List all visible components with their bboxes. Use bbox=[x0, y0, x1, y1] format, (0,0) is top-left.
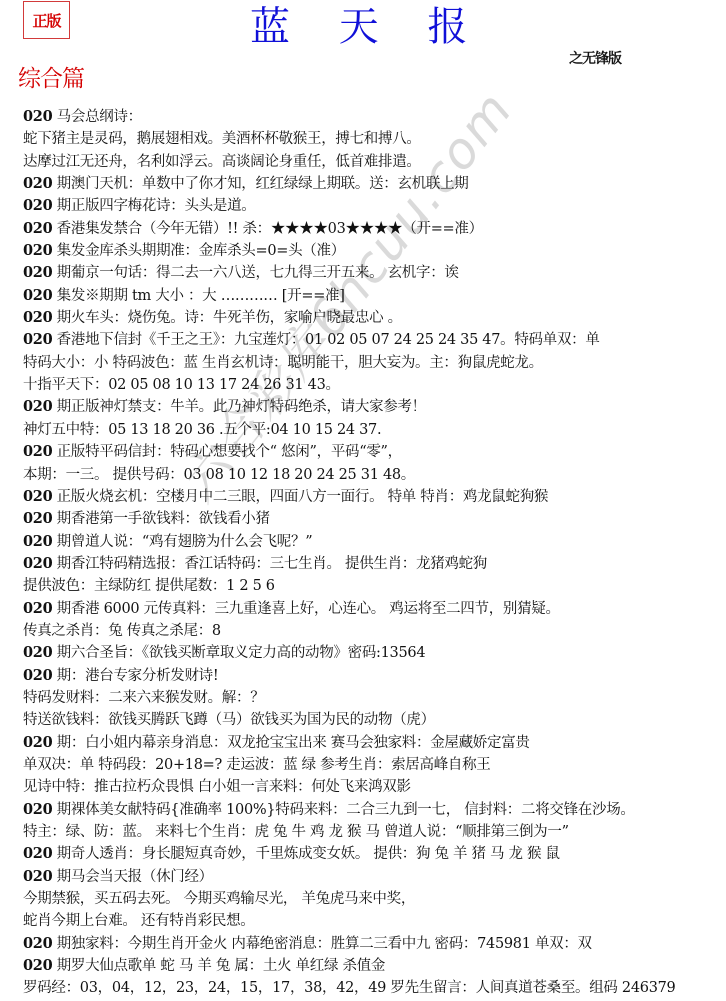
text-line: 020 期曾道人说：“鸡有翅膀为什么会飞呢？” bbox=[23, 531, 723, 553]
issue-number: 020 bbox=[23, 309, 52, 326]
line-text: 今期禁猴，买五码去死。 今期买鸡输尽光， 羊兔虎马来中奖， bbox=[23, 891, 415, 907]
issue-number: 020 bbox=[23, 555, 52, 572]
issue-number: 020 bbox=[23, 398, 52, 415]
text-line: 传真之杀肖：兔 传真之杀尾：8 bbox=[23, 620, 723, 642]
line-text: 特送欲钱料：欲钱买腾跃飞蹲（马）欲钱买为国为民的动物（虎） bbox=[23, 712, 435, 728]
text-line: 特码发财料：二来六来猴发财。解：？ bbox=[23, 687, 723, 709]
text-line: 020 期马会当天报（休门经） bbox=[23, 866, 723, 888]
issue-number: 020 bbox=[23, 108, 52, 125]
issue-number: 020 bbox=[23, 175, 52, 192]
line-text: 集发金库杀头期期准：金库杀头=0=头（准） bbox=[52, 243, 345, 259]
line-text: 达摩过江无还舟，名利如浮云。高谈阔论身重任，低首难排遣。 bbox=[23, 154, 421, 170]
text-line: 蛇肖今期上台难。 还有特肖彩民想。 bbox=[23, 910, 723, 932]
text-line: 020 期奇人透肖：身长腿短真奇妙，千里炼成变女妖。 提供：狗 兔 羊 猪 马 … bbox=[23, 843, 723, 865]
issue-number: 020 bbox=[23, 287, 52, 304]
line-text: 期裸体美女献特码{准确率 100%}特码来料：二合三九到一七， 信封料：二将交锋… bbox=[52, 802, 634, 818]
text-line: 特送欲钱料：欲钱买腾跃飞蹲（马）欲钱买为国为民的动物（虎） bbox=[23, 709, 723, 731]
text-line: 蛇下猪主是灵码，鹅展翅相戏。美酒杯杯敬猴王，搏七和搏八。 bbox=[23, 128, 723, 150]
line-text: 期奇人透肖：身长腿短真奇妙，千里炼成变女妖。 提供：狗 兔 羊 猪 马 龙 猴 … bbox=[52, 846, 559, 862]
text-line: 罗码经：03，04，12，23，24，15，17，38，42，49 罗先生留言：… bbox=[23, 977, 723, 999]
line-text: 蛇肖今期上台难。 还有特肖彩民想。 bbox=[23, 913, 255, 929]
text-line: 见诗中特：推古拉朽众畏惧 白小姐一言来料：何处飞来鸿双影 bbox=[23, 776, 723, 798]
line-text: 十指平天下：02 05 08 10 13 17 24 26 31 43。 bbox=[23, 377, 340, 393]
section-heading: 综合篇 bbox=[18, 60, 84, 93]
line-text: 期香江特码精选报：香江话特码：三七生肖。 提供生肖：龙猪鸡蛇狗 bbox=[52, 556, 487, 572]
issue-number: 020 bbox=[23, 868, 52, 885]
issue-number: 020 bbox=[23, 220, 52, 237]
line-text: 期曾道人说：“鸡有翅膀为什么会飞呢？” bbox=[52, 534, 312, 550]
line-text: 期罗大仙点歌单 蛇 马 羊 兔 属：土火 单红绿 杀值金 bbox=[52, 958, 385, 974]
text-line: 020 集发金库杀头期期准：金库杀头=0=头（准） bbox=[23, 240, 723, 262]
edition-label: 之无锋版 bbox=[569, 48, 621, 68]
line-text: 期葡京一句话：得二去一六八送，七九得三开五来。 玄机字：诶 bbox=[52, 265, 458, 281]
text-line: 020 期正版四字梅花诗：头头是道。 bbox=[23, 195, 723, 217]
text-line: 020 期罗大仙点歌单 蛇 马 羊 兔 属：土火 单红绿 杀值金 bbox=[23, 955, 723, 977]
issue-number: 020 bbox=[23, 197, 52, 214]
text-line: 020 期香港 6000 元传真料：三九重逢喜上好，心连心。 鸡运将至二四节，别… bbox=[23, 598, 723, 620]
line-text: 期澳门天机：单数中了你才知，红红绿绿上期联。送：玄机联上期 bbox=[52, 176, 468, 192]
line-text: 集发※期期 tm 大小 ：大 ………… [开==准] bbox=[52, 288, 344, 304]
line-text: 期香港第一手欲钱料：欲钱看小猪 bbox=[52, 511, 269, 527]
issue-number: 020 bbox=[23, 443, 52, 460]
issue-number: 020 bbox=[23, 801, 52, 818]
authentic-badge: 正版 bbox=[23, 1, 70, 39]
issue-number: 020 bbox=[23, 845, 52, 862]
text-line: 020 期澳门天机：单数中了你才知，红红绿绿上期联。送：玄机联上期 bbox=[23, 173, 723, 195]
line-text: 香港地下信封《千王之王》：九宝莲灯：01 02 05 07 24 25 24 3… bbox=[52, 332, 599, 348]
text-line: 020 期香江特码精选报：香江话特码：三七生肖。 提供生肖：龙猪鸡蛇狗 bbox=[23, 553, 723, 575]
line-text: 提供波色：主绿防红 提供尾数：1 2 5 6 bbox=[23, 578, 275, 594]
line-text: 特码发财料：二来六来猴发财。解：？ bbox=[23, 690, 264, 706]
text-line: 020 集发※期期 tm 大小 ：大 ………… [开==准] bbox=[23, 285, 723, 307]
line-text: 单双决：单 特码段：20+18=? 走运波：蓝 绿 参考生肖：索居高峰自称王 bbox=[23, 757, 491, 773]
line-text: 期独家料：今期生肖开金火 内幕绝密消息：胜算二三看中九 密码：745981 单双… bbox=[52, 936, 591, 952]
text-line: 特码大小：小 特码波色：蓝 生肖玄机诗：聪明能干，胆大妄为。主：狗鼠虎蛇龙。 bbox=[23, 352, 723, 374]
line-text: 本期：一三。 提供号码：03 08 10 12 18 20 24 25 31 4… bbox=[23, 467, 415, 483]
line-text: 期火车头：烧伤兔。诗：牛死羊伤，家喻户晓最忠心 。 bbox=[52, 310, 401, 326]
text-line: 今期禁猴，买五码去死。 今期买鸡输尽光， 羊兔虎马来中奖， bbox=[23, 888, 723, 910]
line-text: 罗码经：03，04，12，23，24，15，17，38，42，49 罗先生留言：… bbox=[23, 980, 675, 996]
line-text: 正版火烧玄机：空楼月中二三眼，四面八方一面行。 特单 特肖：鸡龙鼠蛇狗猴 bbox=[52, 489, 548, 505]
line-text: 正版特平码信封：特码心想要找个“ 悠闲”，平码“零”， bbox=[52, 444, 401, 460]
newspaper-title: 蓝 天 报 bbox=[250, 2, 470, 52]
text-line: 020 香港集发禁合（今年无错）!! 杀：★★★★03★★★★（开==准） bbox=[23, 218, 723, 240]
text-line: 020 正版特平码信封：特码心想要找个“ 悠闲”，平码“零”， bbox=[23, 441, 723, 463]
text-line: 020 期正版神灯禁支：牛羊。此乃神灯特码绝杀，请大家参考！ bbox=[23, 396, 723, 418]
line-text: 期：港台专家分析发财诗! bbox=[52, 668, 218, 684]
issue-number: 020 bbox=[23, 510, 52, 527]
text-line: 达摩过江无还舟，名利如浮云。高谈阔论身重任，低首难排遣。 bbox=[23, 151, 723, 173]
line-text: 神灯五中特：05 13 18 20 36 .五个平:04 10 15 24 37… bbox=[23, 422, 381, 438]
text-line: 020 期：白小姐内幕亲身消息：双龙抢宝宝出来 赛马会独家料：金屋藏娇定富贵 bbox=[23, 732, 723, 754]
text-line: 020 期火车头：烧伤兔。诗：牛死羊伤，家喻户晓最忠心 。 bbox=[23, 307, 723, 329]
text-line: 020 正版火烧玄机：空楼月中二三眼，四面八方一面行。 特单 特肖：鸡龙鼠蛇狗猴 bbox=[23, 486, 723, 508]
issue-number: 020 bbox=[23, 734, 52, 751]
issue-number: 020 bbox=[23, 533, 52, 550]
line-text: 香港集发禁合（今年无错）!! 杀：★★★★03★★★★（开==准） bbox=[52, 221, 482, 237]
issue-number: 020 bbox=[23, 488, 52, 505]
line-text: 期正版四字梅花诗：头头是道。 bbox=[52, 198, 255, 214]
text-line: 神灯五中特：05 13 18 20 36 .五个平:04 10 15 24 37… bbox=[23, 419, 723, 441]
line-text: 期：白小姐内幕亲身消息：双龙抢宝宝出来 赛马会独家料：金屋藏娇定富贵 bbox=[52, 735, 529, 751]
text-line: 十指平天下：02 05 08 10 13 17 24 26 31 43。 bbox=[23, 374, 723, 396]
line-text: 特码大小：小 特码波色：蓝 生肖玄机诗：聪明能干，胆大妄为。主：狗鼠虎蛇龙。 bbox=[23, 355, 543, 371]
text-line: 020 期六合圣旨：《欲钱买断章取义定力高的动物》密码:13564 bbox=[23, 642, 723, 664]
text-line: 本期：一三。 提供号码：03 08 10 12 18 20 24 25 31 4… bbox=[23, 464, 723, 486]
text-line: 020 期：港台专家分析发财诗! bbox=[23, 665, 723, 687]
issue-number: 020 bbox=[23, 331, 52, 348]
line-text: 特主：绿、防：蓝。 来料七个生肖：虎 兔 牛 鸡 龙 猴 马 曾道人说：“顺排第… bbox=[23, 824, 569, 840]
text-line: 提供波色：主绿防红 提供尾数：1 2 5 6 bbox=[23, 575, 723, 597]
line-text: 传真之杀肖：兔 传真之杀尾：8 bbox=[23, 623, 221, 639]
text-line: 特主：绿、防：蓝。 来料七个生肖：虎 兔 牛 鸡 龙 猴 马 曾道人说：“顺排第… bbox=[23, 821, 723, 843]
text-line: 单双决：单 特码段：20+18=? 走运波：蓝 绿 参考生肖：索居高峰自称王 bbox=[23, 754, 723, 776]
issue-number: 020 bbox=[23, 242, 52, 259]
article-body: 020 马会总纲诗：蛇下猪主是灵码，鹅展翅相戏。美酒杯杯敬猴王，搏七和搏八。达摩… bbox=[23, 106, 723, 1000]
text-line: 020 期裸体美女献特码{准确率 100%}特码来料：二合三九到一七， 信封料：… bbox=[23, 799, 723, 821]
line-text: 期香港 6000 元传真料：三九重逢喜上好，心连心。 鸡运将至二四节，别猜疑。 bbox=[52, 601, 559, 617]
issue-number: 020 bbox=[23, 264, 52, 281]
issue-number: 020 bbox=[23, 667, 52, 684]
line-text: 见诗中特：推古拉朽众畏惧 白小姐一言来料：何处飞来鸿双影 bbox=[23, 779, 411, 795]
issue-number: 020 bbox=[23, 600, 52, 617]
text-line: 020 期香港第一手欲钱料：欲钱看小猪 bbox=[23, 508, 723, 530]
line-text: 期正版神灯禁支：牛羊。此乃神灯特码绝杀，请大家参考！ bbox=[52, 399, 426, 415]
line-text: 马会总纲诗： bbox=[52, 109, 142, 125]
text-line: 020 香港地下信封《千王之王》：九宝莲灯：01 02 05 07 24 25 … bbox=[23, 329, 723, 351]
issue-number: 020 bbox=[23, 935, 52, 952]
line-text: 期马会当天报（休门经） bbox=[52, 869, 213, 885]
issue-number: 020 bbox=[23, 644, 52, 661]
line-text: 蛇下猪主是灵码，鹅展翅相戏。美酒杯杯敬猴王，搏七和搏八。 bbox=[23, 131, 421, 147]
line-text: 期六合圣旨：《欲钱买断章取义定力高的动物》密码:13564 bbox=[52, 645, 425, 661]
text-line: 020 期葡京一句话：得二去一六八送，七九得三开五来。 玄机字：诶 bbox=[23, 262, 723, 284]
text-line: 020 期独家料：今期生肖开金火 内幕绝密消息：胜算二三看中九 密码：74598… bbox=[23, 933, 723, 955]
issue-number: 020 bbox=[23, 957, 52, 974]
text-line: 020 马会总纲诗： bbox=[23, 106, 723, 128]
